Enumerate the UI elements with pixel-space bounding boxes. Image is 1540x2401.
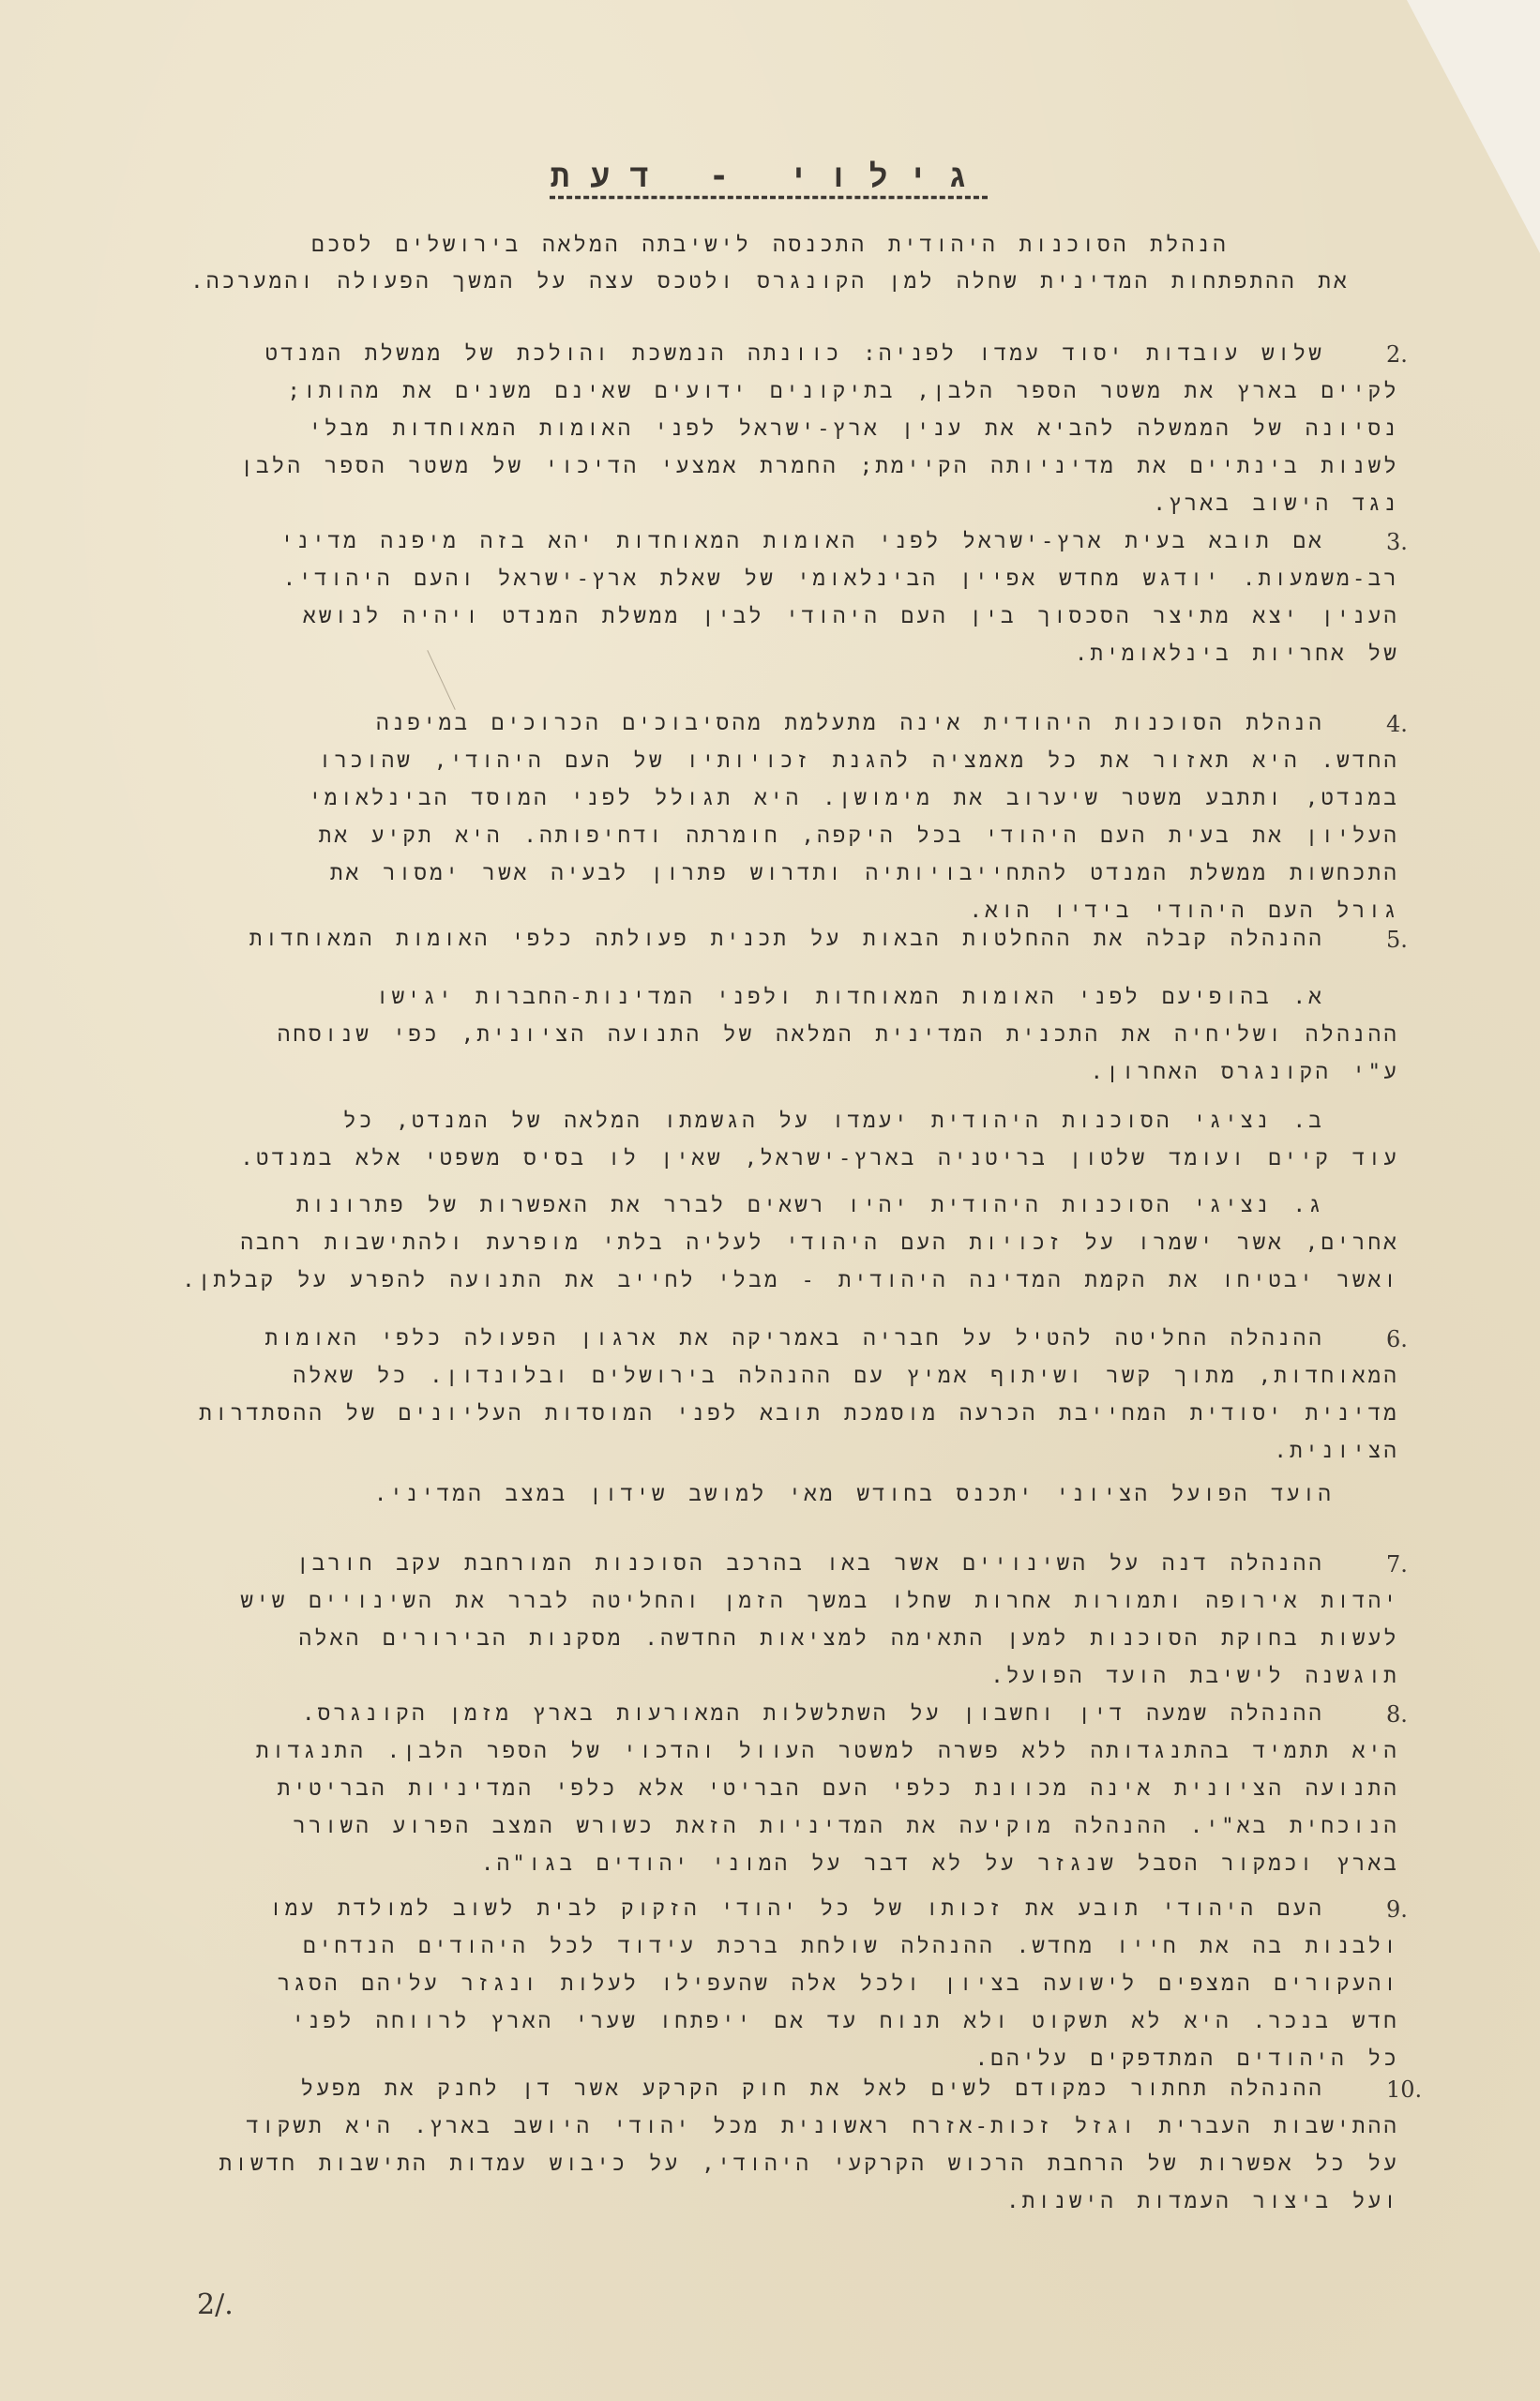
subitem-line: ב. נציגי הסוכנות היהודית יעמדו על הגשמתו… [343, 1105, 1324, 1137]
paragraph-line: לקיים בארץ את משטר הספר הלבן, בתיקונים י… [287, 375, 1399, 407]
paragraph-number: 5. [1386, 927, 1408, 953]
paragraph-line: גורל העם היהודי בידיו הוא. [970, 895, 1399, 927]
paragraph-line: העם היהודי תובע את זכותו של כל יהודי הזק… [269, 1893, 1324, 1925]
intro-line: הנהלת הסוכנות היהודית התכנסה לישיבתה המל… [0, 229, 1540, 261]
paragraph-line: ועל ביצור העמדות הישנות. [1006, 2185, 1399, 2217]
paragraph-line: תוגשנה לישיבת הועד הפועל. [990, 1660, 1399, 1692]
paragraph-number: 4. [1386, 711, 1408, 737]
paragraph-line: המאוחדות, מתוך קשר ושיתוף אמיץ עם ההנהלה… [293, 1360, 1399, 1392]
paragraph-line: חדש בנכר. היא לא תשקוט ולא תנוח עד אם יי… [292, 2005, 1399, 2037]
paragraph-line: על כל אפשרות של הרחבת הרכוש הקרקעי היהוד… [219, 2148, 1399, 2180]
paragraph-line: נגד הישוב בארץ. [1153, 488, 1399, 520]
paragraph-line: ההנהלה תחתור כמקודם לשים לאל את חוק הקרק… [301, 2073, 1324, 2105]
subitem-line: ע"י הקונגרס האחרון. [1090, 1056, 1399, 1088]
subitem-line: א. בהופיעם לפני האומות המאוחדות ולפני המ… [376, 981, 1324, 1013]
paragraph-line: אם תובא בעית ארץ-ישראל לפני האומות המאוח… [280, 525, 1324, 557]
paragraph-line: שלוש עובדות יסוד עמדו לפניה: כוונתה הנמש… [265, 338, 1324, 370]
paragraph-line: הנהלת הסוכנות היהודית אינה מתעלמת מהסיבו… [376, 707, 1324, 739]
paragraph-line: התנועה הציונית אינה מכוונת כלפי העם הברי… [278, 1773, 1399, 1805]
paragraph-line: הנוכחית בא"י. ההנהלה מוקיעה את המדיניות … [293, 1810, 1399, 1842]
paragraph-line: מדינית יסודית המחייבת הכרעה מוסמכת תובא … [199, 1397, 1399, 1429]
paragraph-number: 2. [1386, 341, 1408, 368]
paragraph-line: העליון את בעית העם היהודי בכל היקפה, חומ… [319, 820, 1399, 852]
paragraph-line: התכחשות ממשלת המנדט להתחייבויותיה ותדרוש… [330, 857, 1399, 889]
subitem-line: אחרים, אשר ישמרו על זכויות העם היהודי לע… [240, 1227, 1399, 1259]
paragraph-note: הועד הפועל הציוני יתכנס בחודש מאי למושב … [374, 1478, 1334, 1510]
paragraph-number: 10. [1386, 2076, 1422, 2103]
subitem-line: ההנהלה ושליחיה את התכנית המדינית המלאה ש… [278, 1019, 1399, 1050]
paragraph-line: ההנהלה קבלה את ההחלטות הבאות על תכנית פע… [249, 923, 1324, 955]
paragraph-line: הענין יצא מתיצר הסכסוך בין העם היהודי לב… [303, 600, 1399, 632]
paragraph-line: במנדט, ותתבע משטר שיערוב את מימושן. היא … [309, 782, 1399, 814]
paragraph-line: היא תתמיד בהתנגדותה ללא פשרה למשטר העוול… [256, 1735, 1399, 1767]
paragraph-line: ההנהלה שמעה דין וחשבון על השתלשלות המאור… [302, 1698, 1324, 1729]
subitem-line: עוד קיים ועומד שלטון בריטניה בארץ-ישראל,… [240, 1142, 1399, 1174]
paragraph-line: ההנהלה החליטה להטיל על חבריה באמריקה את … [265, 1322, 1324, 1354]
paragraph-line: והעקורים המצפים לישועה בציון ולכל אלה שה… [278, 1968, 1399, 2000]
paragraph-number: 8. [1386, 1701, 1408, 1728]
paragraph-line: יהדות אירופה ותמורות אחרות שחלו במשך הזמ… [240, 1585, 1399, 1617]
paragraph-line: החדש. היא תאזור את כל מאמציה להגנת זכויו… [319, 745, 1399, 777]
paragraph-line: כל היהודים המתדפקים עליהם. [975, 2043, 1399, 2075]
paragraph-line: ההנהלה דנה על השינויים אשר באו בהרכב הסו… [296, 1548, 1324, 1579]
paragraph-line: נסיונה של הממשלה להביא את ענין ארץ-ישראל… [309, 413, 1399, 445]
paragraph-number: 3. [1386, 529, 1408, 555]
typewritten-document: גילוי - דעת הנהלת הסוכנות היהודית התכנסה… [0, 0, 1540, 2401]
stray-pen-mark [427, 650, 455, 710]
paragraph-line: ההתישבות העברית וגזל זכות-אזרח ראשונית מ… [246, 2110, 1399, 2142]
paragraph-line: הציונית. [1274, 1435, 1399, 1467]
paragraph-line: רב-משמעות. יודגש מחדש אפיין הבינלאומי של… [283, 563, 1399, 595]
page-number: 2/. [197, 2288, 234, 2321]
subitem-line: ג. נציגי הסוכנות היהודית יהיו רשאים לברר… [296, 1189, 1324, 1221]
paragraph-number: 6. [1386, 1326, 1408, 1352]
paragraph-line: בארץ וכמקור הסבל שנגזר על לא דבר על המונ… [481, 1848, 1399, 1880]
paragraph-line: ולבנות בה את חייו מחדש. ההנהלה שולחת ברכ… [303, 1930, 1399, 1962]
intro-line: את ההתפתחות המדינית שחלה למן הקונגרס ולט… [0, 265, 1540, 297]
paragraph-number: 7. [1386, 1551, 1408, 1578]
paragraph-number: 9. [1386, 1896, 1408, 1923]
paragraph-line: של אחריות בינלאומית. [1075, 638, 1399, 670]
document-title: גילוי - דעת [525, 158, 1013, 197]
paragraph-line: לשנות בינתיים את מדיניותה הקיימת; החמרת … [240, 450, 1399, 482]
paragraph-line: לעשות בחוקת הסוכנות למען התאימה למציאות … [299, 1623, 1400, 1654]
subitem-line: ואשר יבטיחו את הקמת המדינה היהודית - מבל… [182, 1264, 1399, 1296]
